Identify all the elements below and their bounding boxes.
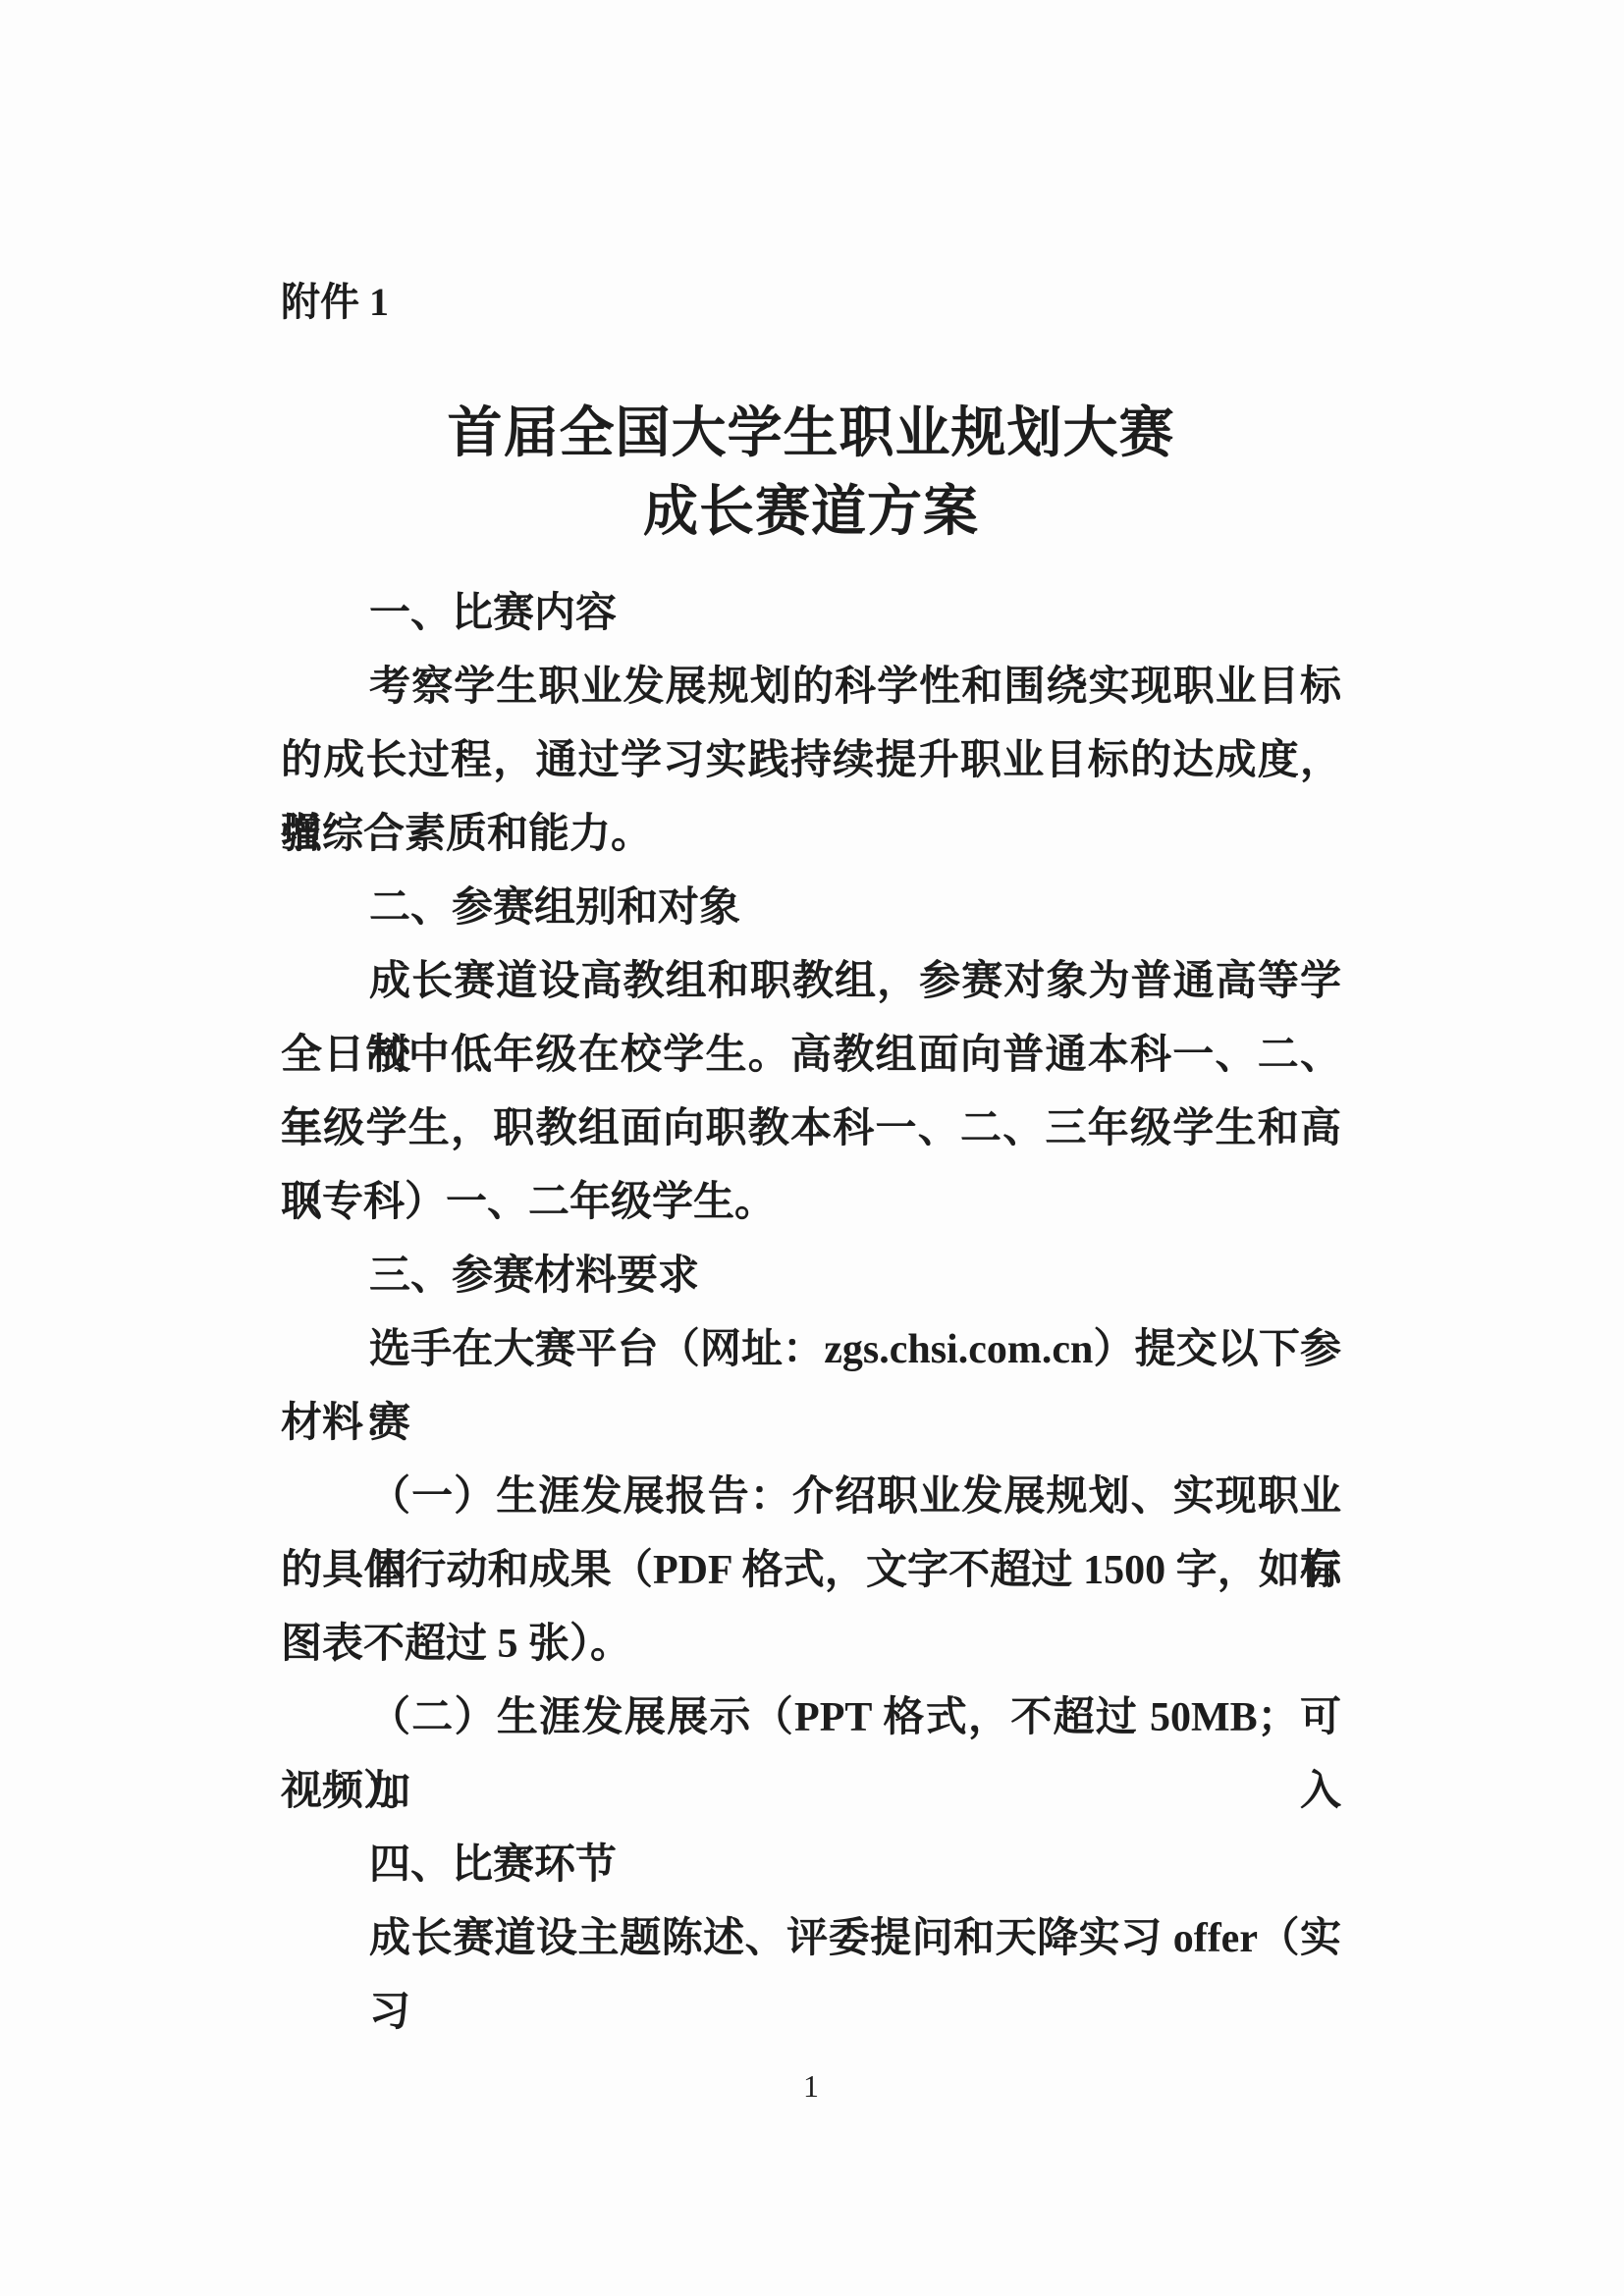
body-line-3: 强综合素质和能力。 bbox=[281, 798, 1341, 872]
body-line-13: （二）生涯发展展示（PPT 格式，不超过 50MB；可加入 bbox=[281, 1682, 1341, 1755]
section-heading-3: 三、参赛材料要求 bbox=[281, 1240, 1341, 1313]
document-body: 一、比赛内容 考察学生职业发展规划的科学性和围绕实现职业目标 的成长过程，通过学… bbox=[281, 577, 1341, 1976]
body-line-10: （一）生涯发展报告：介绍职业发展规划、实现职业目标 bbox=[281, 1461, 1341, 1534]
body-line-7: （专科）一、二年级学生。 bbox=[281, 1166, 1341, 1240]
section-heading-1: 一、比赛内容 bbox=[281, 577, 1341, 651]
document-title-line-2: 成长赛道方案 bbox=[281, 473, 1341, 552]
page-content: 附件 1 首届全国大学生职业规划大赛 成长赛道方案 一、比赛内容 考察学生职业发… bbox=[0, 0, 1624, 2106]
document-title: 首届全国大学生职业规划大赛 成长赛道方案 bbox=[281, 395, 1341, 552]
section-heading-2: 二、参赛组别和对象 bbox=[281, 872, 1341, 945]
body-line-2: 的成长过程，通过学习实践持续提升职业目标的达成度，增 bbox=[281, 724, 1341, 798]
body-line-12: 图表不超过 5 张）。 bbox=[281, 1608, 1341, 1682]
body-line-4: 成长赛道设高教组和职教组，参赛对象为普通高等学校 bbox=[281, 945, 1341, 1019]
page-number: 1 bbox=[281, 2066, 1341, 2106]
body-line-5: 全日制中低年级在校学生。高教组面向普通本科一、二、三 bbox=[281, 1019, 1341, 1093]
body-line-15: 成长赛道设主题陈述、评委提问和天降实习 offer（实习 bbox=[281, 1902, 1341, 1976]
body-line-11: 的具体行动和成果（PDF 格式，文字不超过 1500 字，如有 bbox=[281, 1534, 1341, 1608]
body-line-9: 材料： bbox=[281, 1387, 1341, 1461]
attachment-label: 附件 1 bbox=[281, 0, 1341, 324]
section-heading-4: 四、比赛环节 bbox=[281, 1829, 1341, 1902]
body-line-6: 年级学生，职教组面向职教本科一、二、三年级学生和高职 bbox=[281, 1093, 1341, 1166]
document-title-line-1: 首届全国大学生职业规划大赛 bbox=[281, 395, 1341, 473]
document-page: 附件 1 首届全国大学生职业规划大赛 成长赛道方案 一、比赛内容 考察学生职业发… bbox=[0, 0, 1624, 2296]
body-line-1: 考察学生职业发展规划的科学性和围绕实现职业目标 bbox=[281, 651, 1341, 724]
body-line-8: 选手在大赛平台（网址：zgs.chsi.com.cn）提交以下参赛 bbox=[281, 1313, 1341, 1387]
